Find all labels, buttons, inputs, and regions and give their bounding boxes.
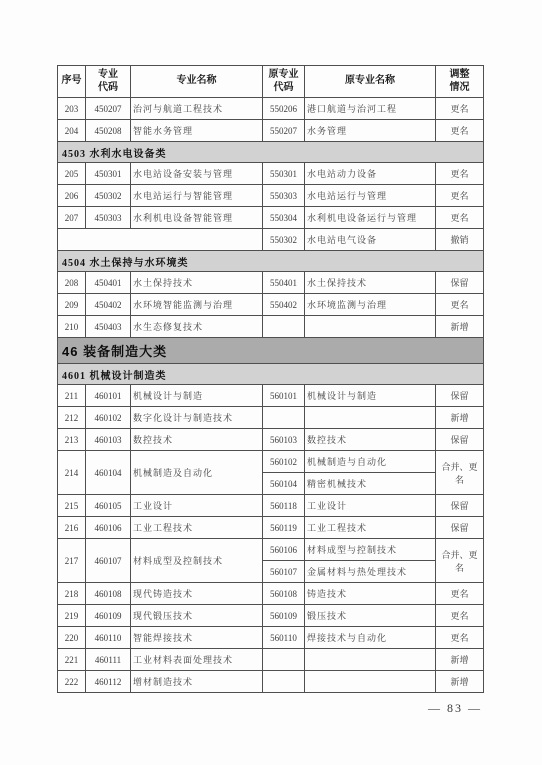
status-cell: 新增 [436, 316, 484, 338]
major-name-cell: 水电站设备安装与管理 [131, 163, 263, 185]
table-row: 212460102数字化设计与制造技术新增 [58, 407, 484, 429]
status-cell: 新增 [436, 671, 484, 693]
table-row: 209450402水环境智能监测与治理550402水环境监测与治理更名 [58, 294, 484, 316]
majors-adjustment-table: 序号 专业 代码 专业名称 原专业 代码 原专业名称 调整 情况 2034502… [57, 65, 484, 693]
status-cell: 保留 [436, 429, 484, 451]
old-code-cell: 560107 [263, 561, 305, 583]
table-row: 206450302水电站运行与智能管理550303水电站运行与管理更名 [58, 185, 484, 207]
old-code-cell: 560102 [263, 451, 305, 473]
serial-cell: 221 [58, 649, 86, 671]
major-name-cell: 工业工程技术 [131, 517, 263, 539]
status-cell: 合并、更名 [436, 539, 484, 583]
table-row: 221460111工业材料表面处理技术新增 [58, 649, 484, 671]
major-category-band: 46 装备制造大类 [58, 338, 484, 364]
major-code-cell: 450403 [86, 316, 131, 338]
status-cell: 新增 [436, 407, 484, 429]
major-code-cell: 460108 [86, 583, 131, 605]
status-cell: 保留 [436, 517, 484, 539]
table-row: 215460105工业设计560118工业设计保留 [58, 495, 484, 517]
serial-cell: 215 [58, 495, 86, 517]
category-label: 46 装备制造大类 [58, 338, 484, 364]
status-cell: 更名 [436, 207, 484, 229]
status-cell: 更名 [436, 98, 484, 120]
status-cell: 保留 [436, 272, 484, 294]
old-name-cell [305, 671, 436, 693]
major-code-cell: 460107 [86, 539, 131, 583]
old-name-cell: 机械制造与自动化 [305, 451, 436, 473]
old-name-cell: 机械设计与制造 [305, 385, 436, 407]
old-code-cell [263, 649, 305, 671]
serial-cell: 214 [58, 451, 86, 495]
serial-cell: 212 [58, 407, 86, 429]
table-row: 205450301水电站设备安装与管理550301水电站动力设备更名 [58, 163, 484, 185]
col-header-old-code: 原专业 代码 [263, 66, 305, 98]
major-code-cell: 460110 [86, 627, 131, 649]
old-code-cell: 560106 [263, 539, 305, 561]
table-row: 204450208智能水务管理550207水务管理更名 [58, 120, 484, 142]
major-code-cell: 450401 [86, 272, 131, 294]
major-code-cell: 450207 [86, 98, 131, 120]
major-name-cell: 数字化设计与制造技术 [131, 407, 263, 429]
col-header-adjustment: 调整 情况 [436, 66, 484, 98]
table-row: 211460101机械设计与制造560101机械设计与制造保留 [58, 385, 484, 407]
category-label: 4601 机械设计制造类 [58, 364, 484, 385]
major-code-cell: 460106 [86, 517, 131, 539]
major-name-cell: 智能焊接技术 [131, 627, 263, 649]
table-header-row: 序号 专业 代码 专业名称 原专业 代码 原专业名称 调整 情况 [58, 66, 484, 98]
status-cell: 撤销 [436, 229, 484, 251]
major-name-cell: 增材制造技术 [131, 671, 263, 693]
status-cell: 更名 [436, 120, 484, 142]
old-name-cell: 水电站运行与管理 [305, 185, 436, 207]
serial-cell: 205 [58, 163, 86, 185]
table-row: 220460110智能焊接技术560110焊接技术与自动化更名 [58, 627, 484, 649]
serial-cell: 207 [58, 207, 86, 229]
old-code-cell: 560103 [263, 429, 305, 451]
major-name-cell: 机械制造及自动化 [131, 451, 263, 495]
major-code-cell: 450301 [86, 163, 131, 185]
col-header-major-name: 专业名称 [131, 66, 263, 98]
old-name-cell: 精密机械技术 [305, 473, 436, 495]
table-row: 213460103数控技术560103数控技术保留 [58, 429, 484, 451]
table-row: 217460107材料成型及控制技术560106材料成型与控制技术合并、更名 [58, 539, 484, 561]
old-name-cell: 工业工程技术 [305, 517, 436, 539]
old-code-cell: 550304 [263, 207, 305, 229]
old-name-cell: 数控技术 [305, 429, 436, 451]
section-category-band: 4601 机械设计制造类 [58, 364, 484, 385]
status-cell: 更名 [436, 163, 484, 185]
col-header-major-code: 专业 代码 [86, 66, 131, 98]
old-name-cell: 水务管理 [305, 120, 436, 142]
major-code-cell: 450303 [86, 207, 131, 229]
old-code-cell: 550303 [263, 185, 305, 207]
major-name-cell: 水土保持技术 [131, 272, 263, 294]
serial-cell: 219 [58, 605, 86, 627]
major-name-cell: 水生态修复技术 [131, 316, 263, 338]
old-code-cell: 560119 [263, 517, 305, 539]
status-cell: 新增 [436, 649, 484, 671]
table-row: 203450207治河与航道工程技术550206港口航道与治河工程更名 [58, 98, 484, 120]
major-name-cell: 治河与航道工程技术 [131, 98, 263, 120]
section-category-band: 4503 水利水电设备类 [58, 142, 484, 163]
status-cell: 更名 [436, 294, 484, 316]
old-code-cell: 550402 [263, 294, 305, 316]
old-code-cell: 550207 [263, 120, 305, 142]
major-code-cell: 460105 [86, 495, 131, 517]
major-name-cell: 数控技术 [131, 429, 263, 451]
old-name-cell [305, 649, 436, 671]
old-code-cell: 560108 [263, 583, 305, 605]
old-name-cell: 水利机电设备运行与管理 [305, 207, 436, 229]
serial-cell: 220 [58, 627, 86, 649]
major-code-cell: 450302 [86, 185, 131, 207]
col-header-serial: 序号 [58, 66, 86, 98]
major-name-cell: 机械设计与制造 [131, 385, 263, 407]
major-name-cell: 水电站运行与智能管理 [131, 185, 263, 207]
old-code-cell: 560109 [263, 605, 305, 627]
empty-merged-cell [58, 229, 263, 251]
serial-cell: 203 [58, 98, 86, 120]
old-name-cell: 材料成型与控制技术 [305, 539, 436, 561]
col-header-old-name: 原专业名称 [305, 66, 436, 98]
old-name-cell: 锻压技术 [305, 605, 436, 627]
old-code-cell [263, 316, 305, 338]
major-code-cell: 460101 [86, 385, 131, 407]
major-code-cell: 460112 [86, 671, 131, 693]
old-code-cell: 550302 [263, 229, 305, 251]
major-name-cell: 现代锻压技术 [131, 605, 263, 627]
major-code-cell: 460109 [86, 605, 131, 627]
old-code-cell: 560110 [263, 627, 305, 649]
serial-cell: 210 [58, 316, 86, 338]
serial-cell: 217 [58, 539, 86, 583]
page-number: — 83 — [428, 701, 482, 716]
major-code-cell: 460111 [86, 649, 131, 671]
serial-cell: 206 [58, 185, 86, 207]
serial-cell: 208 [58, 272, 86, 294]
table-row: 550302水电站电气设备撤销 [58, 229, 484, 251]
old-code-cell: 550206 [263, 98, 305, 120]
table-row: 216460106工业工程技术560119工业工程技术保留 [58, 517, 484, 539]
major-code-cell: 460103 [86, 429, 131, 451]
table-row: 218460108现代铸造技术560108铸造技术更名 [58, 583, 484, 605]
old-name-cell: 铸造技术 [305, 583, 436, 605]
old-code-cell: 560118 [263, 495, 305, 517]
major-name-cell: 工业材料表面处理技术 [131, 649, 263, 671]
serial-cell: 211 [58, 385, 86, 407]
old-name-cell: 水电站电气设备 [305, 229, 436, 251]
serial-cell: 209 [58, 294, 86, 316]
serial-cell: 216 [58, 517, 86, 539]
status-cell: 更名 [436, 627, 484, 649]
table-body: 203450207治河与航道工程技术550206港口航道与治河工程更名20445… [58, 98, 484, 693]
section-category-band: 4504 水土保持与水环境类 [58, 251, 484, 272]
old-name-cell: 水电站动力设备 [305, 163, 436, 185]
old-name-cell [305, 316, 436, 338]
major-name-cell: 水利机电设备智能管理 [131, 207, 263, 229]
old-code-cell [263, 671, 305, 693]
major-code-cell: 450208 [86, 120, 131, 142]
old-code-cell: 560104 [263, 473, 305, 495]
major-name-cell: 工业设计 [131, 495, 263, 517]
table-row: 214460104机械制造及自动化560102机械制造与自动化合并、更名 [58, 451, 484, 473]
document-page: 序号 专业 代码 专业名称 原专业 代码 原专业名称 调整 情况 2034502… [0, 0, 542, 765]
serial-cell: 222 [58, 671, 86, 693]
table-row: 208450401水土保持技术550401水土保持技术保留 [58, 272, 484, 294]
status-cell: 保留 [436, 385, 484, 407]
old-name-cell: 港口航道与治河工程 [305, 98, 436, 120]
serial-cell: 213 [58, 429, 86, 451]
old-name-cell: 水土保持技术 [305, 272, 436, 294]
status-cell: 更名 [436, 185, 484, 207]
major-name-cell: 智能水务管理 [131, 120, 263, 142]
serial-cell: 204 [58, 120, 86, 142]
status-cell: 更名 [436, 605, 484, 627]
table-row: 207450303水利机电设备智能管理550304水利机电设备运行与管理更名 [58, 207, 484, 229]
old-name-cell: 工业设计 [305, 495, 436, 517]
status-cell: 保留 [436, 495, 484, 517]
serial-cell: 218 [58, 583, 86, 605]
major-name-cell: 水环境智能监测与治理 [131, 294, 263, 316]
major-code-cell: 460102 [86, 407, 131, 429]
category-label: 4503 水利水电设备类 [58, 142, 484, 163]
table-row: 222460112增材制造技术新增 [58, 671, 484, 693]
status-cell: 更名 [436, 583, 484, 605]
old-code-cell: 550301 [263, 163, 305, 185]
old-name-cell: 焊接技术与自动化 [305, 627, 436, 649]
major-code-cell: 460104 [86, 451, 131, 495]
major-name-cell: 材料成型及控制技术 [131, 539, 263, 583]
major-name-cell: 现代铸造技术 [131, 583, 263, 605]
old-code-cell: 550401 [263, 272, 305, 294]
old-name-cell: 水环境监测与治理 [305, 294, 436, 316]
old-code-cell: 560101 [263, 385, 305, 407]
major-code-cell: 450402 [86, 294, 131, 316]
table-row: 210450403水生态修复技术新增 [58, 316, 484, 338]
category-label: 4504 水土保持与水环境类 [58, 251, 484, 272]
old-name-cell: 金属材料与热处理技术 [305, 561, 436, 583]
table-row: 219460109现代锻压技术560109锻压技术更名 [58, 605, 484, 627]
old-name-cell [305, 407, 436, 429]
old-code-cell [263, 407, 305, 429]
status-cell: 合并、更名 [436, 451, 484, 495]
